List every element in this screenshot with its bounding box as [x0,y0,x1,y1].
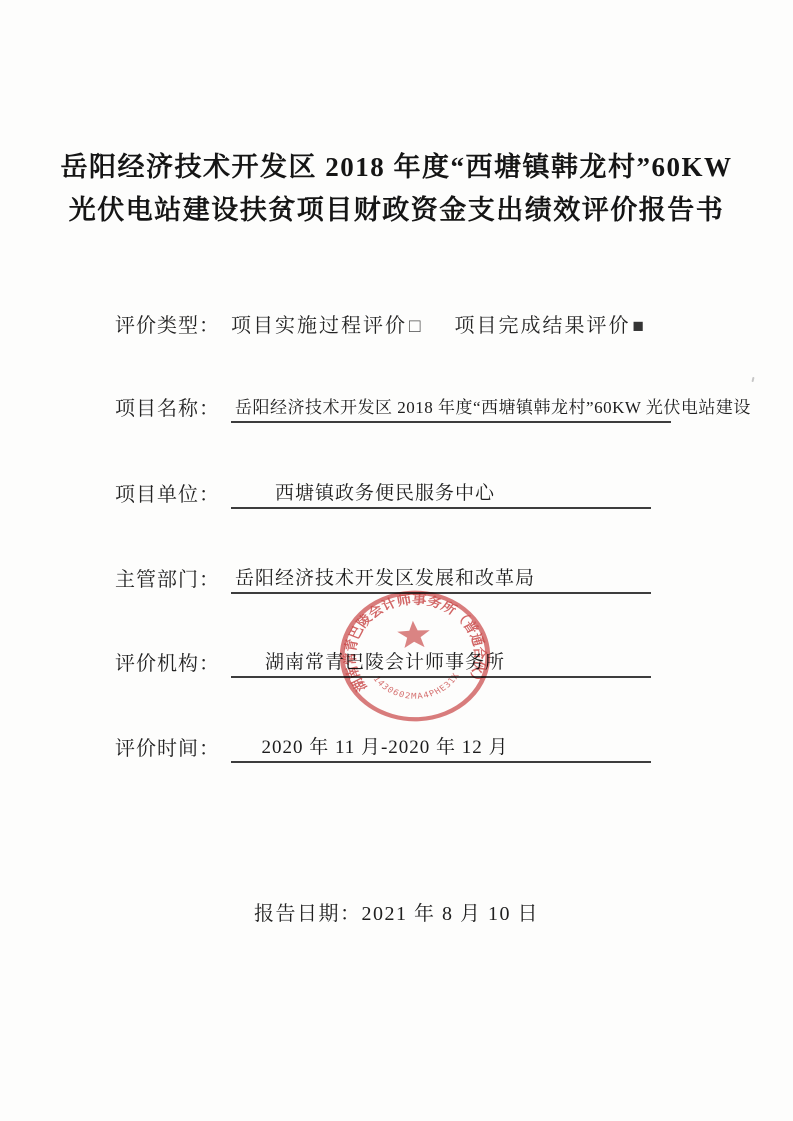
field-row-supervising-department: 主管部门： 岳阳经济技术开发区发展和改革局 [115,565,651,594]
evaluation-time-label: 评价时间： [115,736,227,763]
evaluation-type-label: 评价类型： [115,313,227,340]
field-row-project-name: 项目名称： 岳阳经济技术开发区 2018 年度“西塘镇韩龙村”60KW 光伏电站… [115,394,671,423]
supervising-department-value: 岳阳经济技术开发区发展和改革局 [231,565,651,594]
report-title-line1: 岳阳经济技术开发区 2018 年度“西塘镇韩龙村”60KW [0,145,793,184]
star-icon [397,620,431,648]
evaluation-agency-value: 湖南常青巴陵会计师事务所 [231,649,651,678]
field-row-evaluation-time: 评价时间： 2020 年 11 月-2020 年 12 月 [115,734,651,763]
report-cover-page: 岳阳经济技术开发区 2018 年度“西塘镇韩龙村”60KW 光伏电站建设扶贫项目… [0,0,793,1121]
evaluation-option-process-text: 项目实施过程评价 [231,315,407,337]
evaluation-option-result: 项目完成结果评价■ [454,313,643,340]
report-title-line2: 光伏电站建设扶贫项目财政资金支出绩效评价报告书 [0,188,793,227]
field-row-project-unit: 项目单位： 西塘镇政务便民服务中心 [115,480,651,509]
project-unit-value: 西塘镇政务便民服务中心 [231,480,651,509]
evaluation-agency-label: 评价机构： [115,651,227,678]
svg-text:湖南常青巴陵会计师事务所（普通合伙）: 湖南常青巴陵会计师事务所（普通合伙） [337,588,490,694]
checkbox-checked-icon: ■ [632,316,643,337]
evaluation-option-process: 项目实施过程评价□ [231,313,420,340]
project-unit-label: 项目单位： [115,482,227,509]
checkbox-unchecked-icon: □ [409,316,420,337]
seal-ring-text: 湖南常青巴陵会计师事务所（普通合伙） [337,588,490,694]
field-row-evaluation-agency: 评价机构： 湖南常青巴陵会计师事务所 [115,649,651,678]
project-name-value: 岳阳经济技术开发区 2018 年度“西塘镇韩龙村”60KW 光伏电站建设 [231,394,671,423]
evaluation-time-value: 2020 年 11 月-2020 年 12 月 [231,734,651,763]
scan-artifact-speck [752,377,755,382]
supervising-department-label: 主管部门： [115,567,227,594]
evaluation-type-row: 评价类型： 项目实施过程评价□ 项目完成结果评价■ [115,313,644,340]
project-name-label: 项目名称： [115,396,227,423]
evaluation-option-result-text: 项目完成结果评价 [454,315,630,337]
report-date: 报告日期：2021 年 8 月 10 日 [0,897,793,926]
